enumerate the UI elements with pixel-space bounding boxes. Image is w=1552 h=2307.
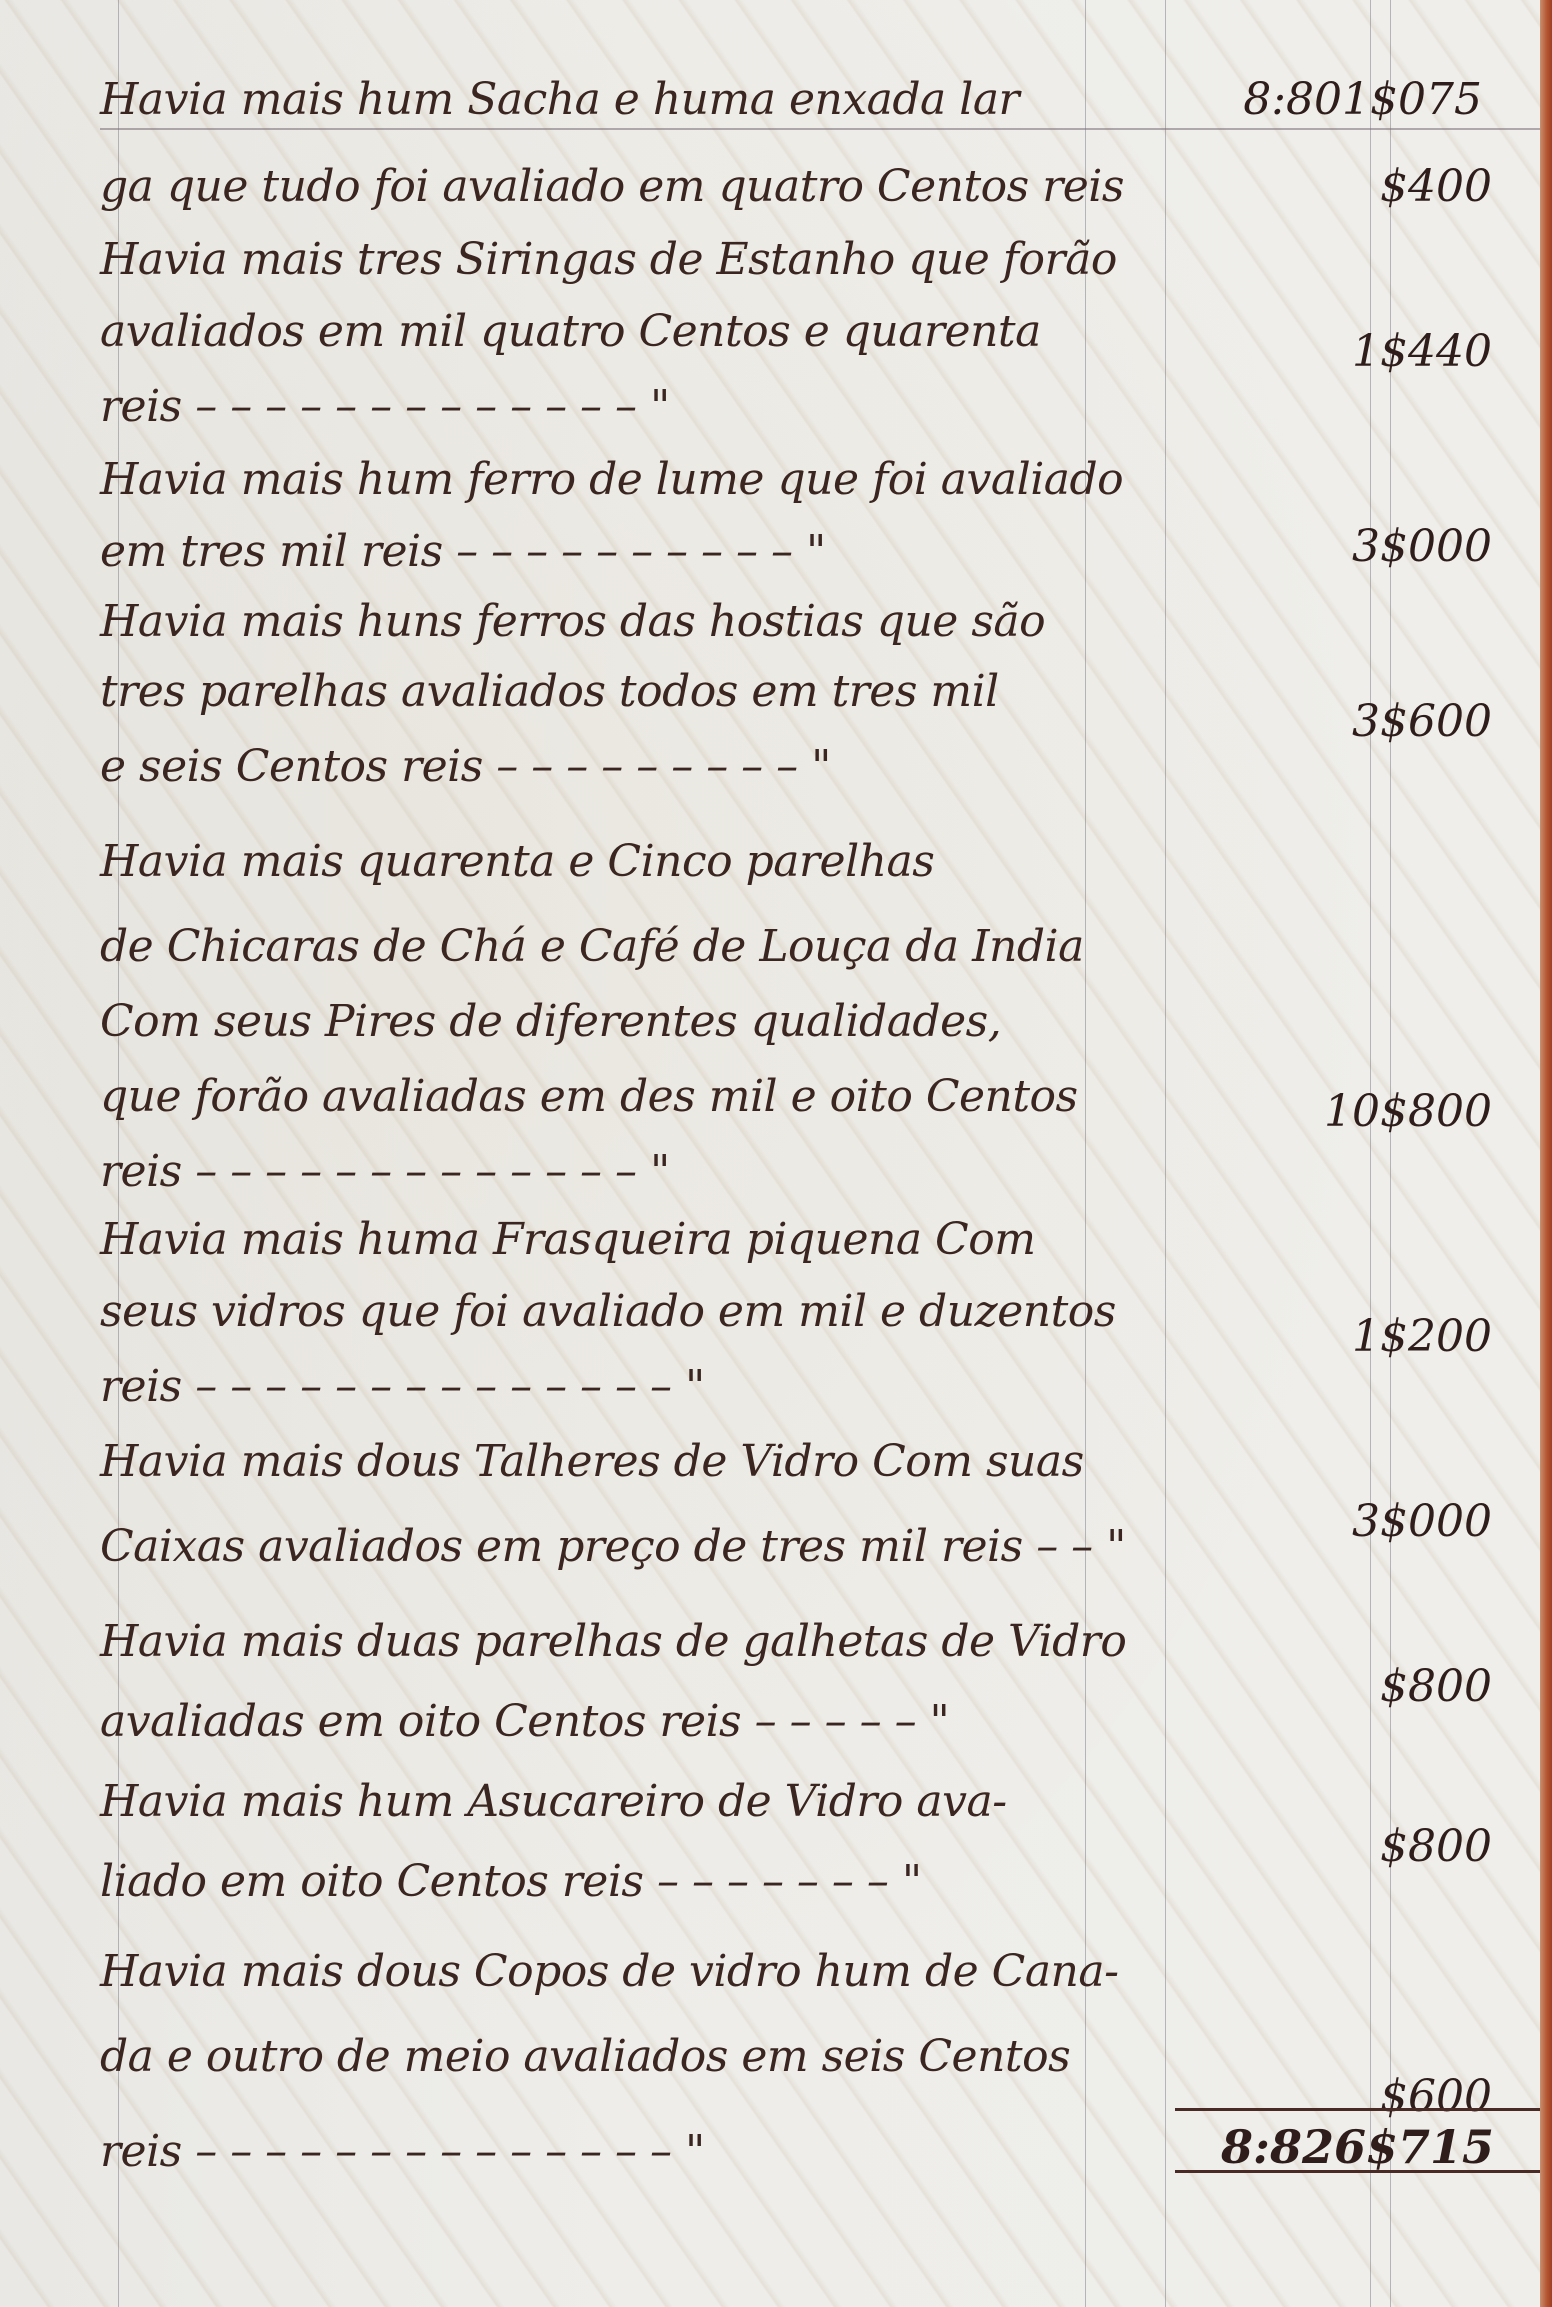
entry-amount: 3$600	[1352, 700, 1492, 744]
entry-line: ga que tudo foi avaliado em quatro Cento…	[100, 165, 1110, 209]
entry-amount: $800	[1380, 1665, 1492, 1709]
entry-amount: 10$800	[1324, 1090, 1492, 1134]
entry-line: de Chicaras de Chá e Café de Louça da In…	[100, 925, 1110, 969]
entry-amount: 1$200	[1352, 1315, 1492, 1359]
entry-line: Havia mais dous Copos de vidro hum de Ca…	[100, 1950, 1110, 1994]
total-top-rule	[1175, 2108, 1540, 2111]
entry-amount: 3$000	[1352, 525, 1492, 569]
entry-amount: $800	[1380, 1825, 1492, 1869]
entry-line: reis – – – – – – – – – – – – – "	[100, 1150, 1110, 1194]
entry-line: Havia mais huns ferros das hostias que s…	[100, 600, 1110, 644]
entry-line: Havia mais hum Sacha e huma enxada lar	[100, 78, 1110, 122]
entry-amount: $600	[1380, 2075, 1492, 2119]
entry-line: Havia mais quarenta e Cinco parelhas	[100, 840, 1110, 884]
entry-line: e seis Centos reis – – – – – – – – – "	[100, 745, 1110, 789]
entry-line: avaliados em mil quatro Centos e quarent…	[100, 310, 1110, 354]
entry-line: Havia mais hum Asucareiro de Vidro ava-	[100, 1780, 1110, 1824]
entry-line: reis – – – – – – – – – – – – – "	[100, 385, 1110, 429]
entry-amount: 3$000	[1352, 1500, 1492, 1544]
entry-line: Havia mais huma Frasqueira piquena Com	[100, 1218, 1110, 1262]
entry-line: Com seus Pires de diferentes qualidades,	[100, 1000, 1110, 1044]
amount-column-rule-1	[1165, 0, 1166, 2307]
entry-line: que forão avaliadas em des mil e oito Ce…	[100, 1075, 1110, 1119]
entry-amount: 1$440	[1352, 330, 1492, 374]
entry-line: avaliadas em oito Centos reis – – – – – …	[100, 1700, 1110, 1744]
page-binding-edge	[1540, 0, 1552, 2307]
carried-forward-amount: 8:801$075	[1243, 78, 1482, 122]
entry-line: reis – – – – – – – – – – – – – – "	[100, 2130, 1110, 2174]
entry-amount: $400	[1380, 165, 1492, 209]
entry-line: em tres mil reis – – – – – – – – – – "	[100, 530, 1110, 574]
entry-line: Havia mais tres Siringas de Estanho que …	[100, 238, 1110, 282]
total-bottom-rule	[1175, 2170, 1540, 2173]
entry-line: tres parelhas avaliados todos em tres mi…	[100, 670, 1110, 714]
entry-line: seus vidros que foi avaliado em mil e du…	[100, 1290, 1110, 1334]
entry-line: Caixas avaliados em preço de tres mil re…	[100, 1525, 1110, 1569]
entry-line: liado em oito Centos reis – – – – – – – …	[100, 1860, 1110, 1904]
entry-line: Havia mais duas parelhas de galhetas de …	[100, 1620, 1110, 1664]
entry-line: Havia mais dous Talheres de Vidro Com su…	[100, 1440, 1110, 1484]
page-total: 8:826$715	[1221, 2124, 1494, 2170]
entry-line: Havia mais hum ferro de lume que foi ava…	[100, 458, 1110, 502]
ledger-page: 8:801$075 Havia mais hum Sacha e huma en…	[0, 0, 1552, 2307]
entry-line: da e outro de meio avaliados em seis Cen…	[100, 2035, 1110, 2079]
entry-line: reis – – – – – – – – – – – – – – "	[100, 1365, 1110, 1409]
carry-forward-rule	[100, 128, 1540, 130]
